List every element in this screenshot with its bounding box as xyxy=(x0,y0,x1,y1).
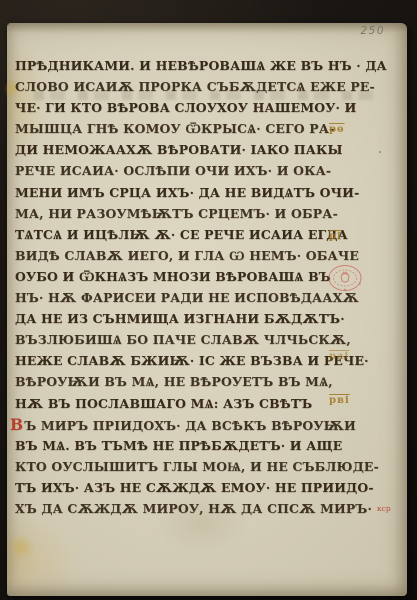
manuscript-line: РЕЧЕ ИСАИА· ОСЛѢПИ ОЧИ ИХЪ· И ОКА- xyxy=(15,160,337,181)
manuscript-line: ДА НЕ ИЗ СЪНМИЩА ИЗГНАНИ БѪДѪТЪ· xyxy=(15,308,337,329)
manuscript-line: ТѦТСѦ И ИЦѢЛѬ Ѫ· СЕ РЕЧЕ ИСАИА ЕГДА xyxy=(15,224,337,245)
section-number-margin: рѳ xyxy=(329,124,345,135)
library-stamp-icon xyxy=(326,262,366,298)
manuscript-line-last: ХЪ ДА СѪЖДѪ МИРОУ, НѪ ДА СПСѪ МИРЪ·кср xyxy=(15,498,337,519)
folio-number: 250 xyxy=(360,25,385,37)
manuscript-line: ДИ НЕМОЖААХѪ ВѢРОВАТИ· ІАКО ПАКЫ xyxy=(15,139,337,160)
manuscript-line: ПРѢДНИКАМИ. И НЕВѢРОВАШѦ ЖЕ ВЪ НЪ · ДА xyxy=(15,55,337,76)
manuscript-line-text: ХЪ ДА СѪЖДѪ МИРОУ, НѪ ДА СПСѪ МИРЪ· xyxy=(15,501,372,516)
manuscript-line: ВЪ МѦ. ВЪ ТЪМѢ НЕ ПРѢБѪДЕТЪ· И АЩЕ xyxy=(15,435,337,456)
section-number-margin: раі xyxy=(329,351,349,362)
rubricated-initial: В xyxy=(10,415,23,434)
parchment-specks xyxy=(7,23,9,25)
page-top-edge xyxy=(7,23,407,33)
lectionary-note-red: кср xyxy=(377,504,391,513)
manuscript-line: СЛОВО ИСАИѪ ПРОРКА СЪБѪДЕТСѦ ЕЖЕ РЕ- xyxy=(15,76,337,97)
manuscript-line: ВИДѢ СЛАВѪ ИЕГО, И ГЛА Ѡ НЕМЪ· ОБАЧЕ xyxy=(15,245,337,266)
section-number-margin: рі xyxy=(329,231,342,242)
manuscript-line-text: Ъ МИРЪ ПРІИДОХЪ· ДА ВСѢКЪ ВѢРОУѬИ xyxy=(24,418,356,433)
manuscript-line: ВЪЗЛЮБИШѦ БО ПАЧЕ СЛАВѪ ЧЛЧЬСКѪ, xyxy=(15,329,337,350)
manuscript-line: НѪ ВЪ ПОСЛАВШАГО МѦ: АЗЪ СВѢТЪ xyxy=(15,393,337,414)
manuscript-page: 250 ПРѢДНИКАМИ. И НЕВѢРОВАШѦ ЖЕ ВЪ НЪ · … xyxy=(7,23,407,596)
section-number-margin: рві xyxy=(329,395,350,406)
manuscript-photo: 250 ПРѢДНИКАМИ. И НЕВѢРОВАШѦ ЖЕ ВЪ НЪ · … xyxy=(0,0,417,600)
manuscript-line: ТЪ ИХЪ· АЗЪ НЕ СѪЖДѪ ЕМОУ· НЕ ПРИИДО- xyxy=(15,477,337,498)
manuscript-line: НЪ· НѪ ФАРИСЕИ РАДИ НЕ ИСПОВѢДААХѪ xyxy=(15,287,337,308)
parchment-stain xyxy=(8,535,34,559)
manuscript-line: МЕНИ ИМЪ СРЦА ИХЪ· ДА НЕ ВИДѦТЪ ОЧИ- xyxy=(15,182,337,203)
manuscript-line: МА, НИ РАЗОУМѢѬТЪ СРЦЕМЪ· И ОБРА- xyxy=(15,203,337,224)
manuscript-line: ВѢРОУѬИ ВЪ МѦ, НЕ ВѢРОУЕТЪ ВЪ МѦ, xyxy=(15,371,337,392)
manuscript-line: ОУБО И ѾКНѦЗЪ МНОЗИ ВѢРОВАШѦ ВЪ xyxy=(15,266,337,287)
manuscript-line: КТО ОУСЛЫШИТЪ ГЛЫ МОѨ, И НЕ СЪБЛЮДЕ- xyxy=(15,456,337,477)
manuscript-line: МЫШЦА ГНѢ КОМОУ ѾКРЫСѦ· СЕГО РА- xyxy=(15,118,337,139)
manuscript-line: ЧЕ· ГИ КТО ВѢРОВА СЛОУХОУ НАШЕМОУ· И xyxy=(15,97,337,118)
text-block: ПРѢДНИКАМИ. И НЕВѢРОВАШѦ ЖЕ ВЪ НЪ · ДА С… xyxy=(15,55,337,519)
manuscript-line: НЕЖЕ СЛАВѪ БЖИѬ· ІС ЖЕ ВЪЗВА И РЕЧЕ· xyxy=(15,350,337,371)
manuscript-line-with-initial: ВЪ МИРЪ ПРІИДОХЪ· ДА ВСѢКЪ ВѢРОУѬИ xyxy=(15,414,337,435)
